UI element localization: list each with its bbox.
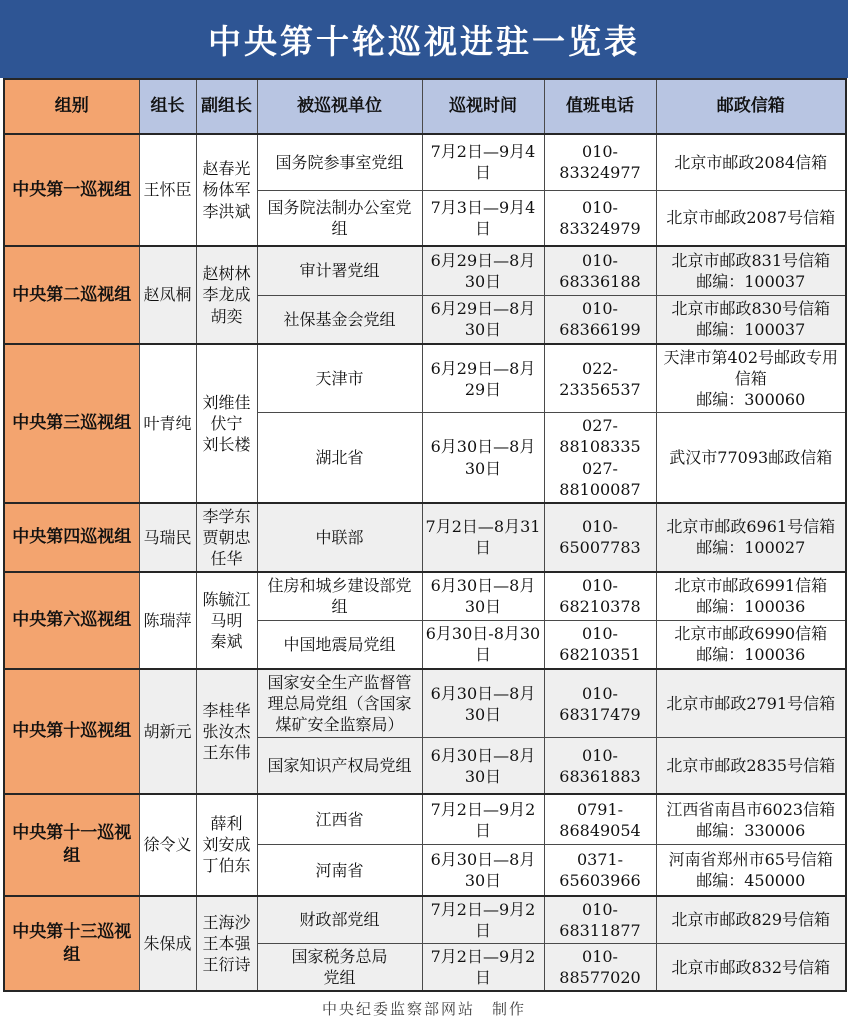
col-header-phone: 值班电话	[544, 79, 656, 134]
unit-cell: 财政部党组	[257, 896, 422, 944]
unit-cell: 国务院参事室党组	[257, 134, 422, 190]
leader-cell: 朱保成	[139, 896, 196, 991]
mailbox-cell: 北京市邮政830号信箱 邮编：100037	[656, 295, 846, 344]
phone-cell: 010-65007783	[544, 503, 656, 572]
phone-cell: 010-68361883	[544, 738, 656, 794]
time-cell: 6月30日—8月30日	[422, 572, 544, 620]
mailbox-cell: 北京市邮政829号信箱	[656, 896, 846, 944]
time-cell: 6月29日—8月30日	[422, 246, 544, 295]
mailbox-cell: 北京市邮政2835号信箱	[656, 738, 846, 794]
mailbox-cell: 北京市邮政2087号信箱	[656, 190, 846, 246]
unit-cell: 中国地震局党组	[257, 620, 422, 669]
table-row: 中央第六巡视组 陈瑞萍 陈毓江 马明 秦斌 住房和城乡建设部党组 6月30日—8…	[4, 572, 846, 620]
unit-cell: 国务院法制办公室党组	[257, 190, 422, 246]
unit-cell: 社保基金会党组	[257, 295, 422, 344]
leader-cell: 赵凤桐	[139, 246, 196, 344]
time-cell: 7月2日—9月2日	[422, 944, 544, 992]
mailbox-cell: 北京市邮政2791号信箱	[656, 669, 846, 738]
time-cell: 6月30日—8月30日	[422, 413, 544, 503]
unit-cell: 国家安全生产监督管理总局党组（含国家煤矿安全监察局）	[257, 669, 422, 738]
unit-cell: 天津市	[257, 344, 422, 413]
group-name-cell: 中央第十巡视组	[4, 669, 139, 794]
group-name-cell: 中央第六巡视组	[4, 572, 139, 669]
header-row: 组别 组长 副组长 被巡视单位 巡视时间 值班电话 邮政信箱	[4, 79, 846, 134]
table-row: 中央第十三巡视组 朱保成 王海沙 王本强 王衍诗 财政部党组 7月2日—9月2日…	[4, 896, 846, 944]
deputies-cell: 刘维佳 伏宁 刘长楼	[196, 344, 257, 503]
deputies-cell: 王海沙 王本强 王衍诗	[196, 896, 257, 991]
mailbox-cell: 天津市第402号邮政专用信箱 邮编：300060	[656, 344, 846, 413]
deputies-cell: 赵树林 李龙成 胡奕	[196, 246, 257, 344]
mailbox-cell: 北京市邮政6961号信箱 邮编：100027	[656, 503, 846, 572]
phone-cell: 010-68336188	[544, 246, 656, 295]
phone-cell: 010-68210378	[544, 572, 656, 620]
mailbox-cell: 河南省郑州市65号信箱 邮编：450000	[656, 845, 846, 896]
leader-cell: 徐令义	[139, 794, 196, 896]
unit-cell: 江西省	[257, 794, 422, 845]
unit-cell: 住房和城乡建设部党组	[257, 572, 422, 620]
table-row: 中央第十巡视组 胡新元 李桂华 张汝杰 王东伟 国家安全生产监督管理总局党组（含…	[4, 669, 846, 738]
col-header-deputy: 副组长	[196, 79, 257, 134]
mailbox-cell: 北京市邮政6991信箱 邮编：100036	[656, 572, 846, 620]
unit-cell: 中联部	[257, 503, 422, 572]
table-row: 中央第十一巡视组 徐令义 薛利 刘安成 丁伯东 江西省 7月2日—9月2日 07…	[4, 794, 846, 845]
time-cell: 6月30日—8月30日	[422, 738, 544, 794]
mailbox-cell: 江西省南昌市6023信箱 邮编：330006	[656, 794, 846, 845]
unit-cell: 国家税务总局 党组	[257, 944, 422, 992]
time-cell: 7月2日—9月2日	[422, 794, 544, 845]
time-cell: 7月2日—8月31日	[422, 503, 544, 572]
time-cell: 6月30日—8月30日	[422, 845, 544, 896]
phone-cell: 010-83324979	[544, 190, 656, 246]
leader-cell: 胡新元	[139, 669, 196, 794]
table-row: 中央第二巡视组 赵凤桐 赵树林 李龙成 胡奕 审计署党组 6月29日—8月30日…	[4, 246, 846, 295]
table-row: 中央第四巡视组 马瑞民 李学东 贾朝忠 任华 中联部 7月2日—8月31日 01…	[4, 503, 846, 572]
page-title: 中央第十轮巡视进驻一览表	[0, 0, 848, 78]
time-cell: 6月29日—8月29日	[422, 344, 544, 413]
phone-cell: 010-83324977	[544, 134, 656, 190]
phone-cell: 0371-65603966	[544, 845, 656, 896]
phone-cell: 010-88577020	[544, 944, 656, 992]
group-name-cell: 中央第三巡视组	[4, 344, 139, 503]
unit-cell: 湖北省	[257, 413, 422, 503]
leader-cell: 叶青纯	[139, 344, 196, 503]
col-header-unit: 被巡视单位	[257, 79, 422, 134]
unit-cell: 河南省	[257, 845, 422, 896]
mailbox-cell: 北京市邮政832号信箱	[656, 944, 846, 992]
deputies-cell: 薛利 刘安成 丁伯东	[196, 794, 257, 896]
group-name-cell: 中央第十三巡视组	[4, 896, 139, 991]
leader-cell: 王怀臣	[139, 134, 196, 246]
unit-cell: 审计署党组	[257, 246, 422, 295]
inspection-table-wrapper: 组别 组长 副组长 被巡视单位 巡视时间 值班电话 邮政信箱 中央第一巡视组 王…	[0, 78, 848, 992]
table-row: 中央第三巡视组 叶青纯 刘维佳 伏宁 刘长楼 天津市 6月29日—8月29日 0…	[4, 344, 846, 413]
col-header-leader: 组长	[139, 79, 196, 134]
inspection-roster-table: 组别 组长 副组长 被巡视单位 巡视时间 值班电话 邮政信箱 中央第一巡视组 王…	[3, 78, 847, 992]
group-name-cell: 中央第四巡视组	[4, 503, 139, 572]
deputies-cell: 李学东 贾朝忠 任华	[196, 503, 257, 572]
phone-cell: 010-68210351	[544, 620, 656, 669]
phone-cell: 022-23356537	[544, 344, 656, 413]
mailbox-cell: 北京市邮政6990信箱 邮编：100036	[656, 620, 846, 669]
time-cell: 7月2日—9月2日	[422, 896, 544, 944]
time-cell: 7月2日—9月4日	[422, 134, 544, 190]
phone-cell: 010-68317479	[544, 669, 656, 738]
table-row: 中央第一巡视组 王怀臣 赵春光 杨体军 李洪斌 国务院参事室党组 7月2日—9月…	[4, 134, 846, 190]
col-header-group: 组别	[4, 79, 139, 134]
col-header-time: 巡视时间	[422, 79, 544, 134]
mailbox-cell: 北京市邮政2084信箱	[656, 134, 846, 190]
mailbox-cell: 北京市邮政831号信箱 邮编：100037	[656, 246, 846, 295]
group-name-cell: 中央第十一巡视组	[4, 794, 139, 896]
phone-cell: 027-88108335 027-88100087	[544, 413, 656, 503]
deputies-cell: 赵春光 杨体军 李洪斌	[196, 134, 257, 246]
time-cell: 7月3日—9月4日	[422, 190, 544, 246]
deputies-cell: 李桂华 张汝杰 王东伟	[196, 669, 257, 794]
time-cell: 6月30日-8月30日	[422, 620, 544, 669]
leader-cell: 马瑞民	[139, 503, 196, 572]
group-name-cell: 中央第一巡视组	[4, 134, 139, 246]
unit-cell: 国家知识产权局党组	[257, 738, 422, 794]
deputies-cell: 陈毓江 马明 秦斌	[196, 572, 257, 669]
time-cell: 6月30日—8月30日	[422, 669, 544, 738]
phone-cell: 010-68366199	[544, 295, 656, 344]
leader-cell: 陈瑞萍	[139, 572, 196, 669]
phone-cell: 0791-86849054	[544, 794, 656, 845]
col-header-mail: 邮政信箱	[656, 79, 846, 134]
phone-cell: 010-68311877	[544, 896, 656, 944]
group-name-cell: 中央第二巡视组	[4, 246, 139, 344]
mailbox-cell: 武汉市77093邮政信箱	[656, 413, 846, 503]
time-cell: 6月29日—8月30日	[422, 295, 544, 344]
footer-credit: 中央纪委监察部网站 制作	[0, 992, 848, 1024]
